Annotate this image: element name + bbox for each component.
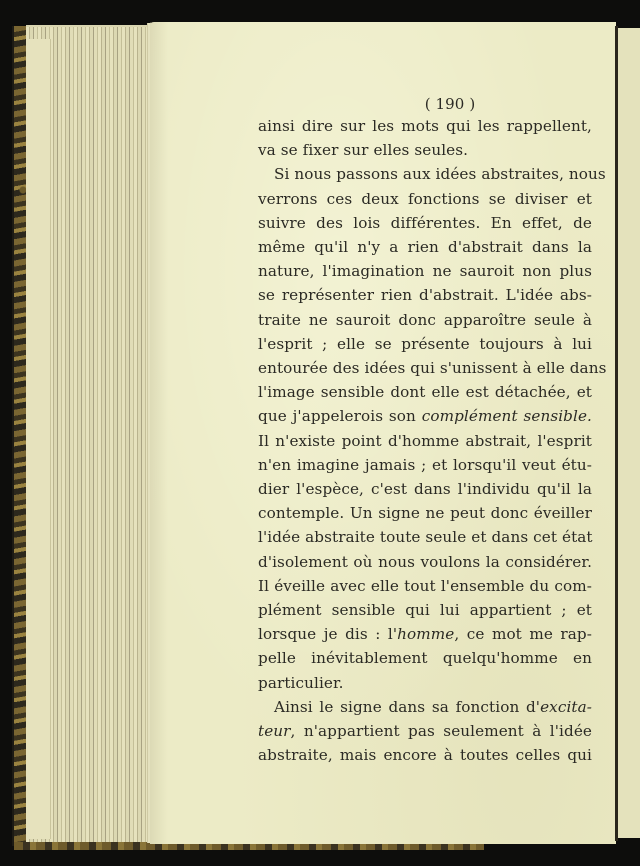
text-line: Si nous passons aux idées abstraites, no… [258, 162, 592, 186]
text-line: même qu'il n'y a rien d'abstrait dans la [258, 235, 592, 259]
text-line: traite ne sauroit donc apparoître seule … [258, 308, 592, 332]
text-line: contemple. Un signe ne peut donc éveille… [258, 501, 592, 525]
text-line: se représenter rien d'abstrait. L'idée a… [258, 283, 592, 307]
stacked-page-edges [26, 25, 150, 842]
text-line: particulier. [258, 671, 592, 695]
italic-word: teur [258, 722, 291, 740]
text-line: dier l'espèce, c'est dans l'individu qu'… [258, 477, 592, 501]
text-line-with-italic: lorsque je dis : l'homme, ce mot me rap- [258, 622, 592, 646]
text-line: l'image sensible dont elle est détachée,… [258, 380, 592, 404]
text-line: Il n'existe point d'homme abstrait, l'es… [258, 429, 592, 453]
text-line: l'idée abstraite toute seule et dans cet… [258, 525, 592, 549]
text-line: l'esprit ; elle se présente toujours à l… [258, 332, 592, 356]
text-line: plément sensible qui lui appartient ; et [258, 598, 592, 622]
text-line: verrons ces deux fonctions se diviser et [258, 187, 592, 211]
text-line: n'en imagine jamais ; et lorsqu'il veut … [258, 453, 592, 477]
italic-phrase: complément sensible. [422, 407, 592, 425]
text-line: entourée des idées qui s'unissent à elle… [258, 356, 592, 380]
facing-page-edge [618, 28, 640, 838]
text-line-with-italic: Ainsi le signe dans sa fonction d'excita… [258, 695, 592, 719]
text-line: ainsi dire sur les mots qui les rappelle… [258, 114, 592, 138]
text-line: abstraite, mais encore à toutes celles q… [258, 743, 592, 767]
text-run: Ainsi le signe dans sa fonction d' [274, 698, 540, 716]
page-fold-shadow [150, 22, 168, 844]
text-run: lorsque je dis : l' [258, 625, 397, 643]
italic-word: excita- [540, 698, 592, 716]
text-line: pelle inévitablement quelqu'homme en [258, 646, 592, 670]
text-line: va se fixer sur elles seules. [258, 138, 592, 162]
text-line: nature, l'imagination ne sauroit non plu… [258, 259, 592, 283]
page-number: ( 190 ) [308, 94, 592, 114]
text-line-with-italic: teur, n'appartient pas seulement à l'idé… [258, 719, 592, 743]
page-text: ( 190 ) ainsi dire sur les mots qui les … [258, 94, 592, 767]
text-run: , ce mot me rap- [454, 625, 592, 643]
text-line: d'isolement où nous voulons la considére… [258, 550, 592, 574]
text-line-with-italic: que j'appelerois son complément sensible… [258, 404, 592, 428]
text-run: que j'appelerois son [258, 407, 422, 425]
italic-word: homme [397, 625, 454, 643]
text-line: suivre des lois différentes. En effet, d… [258, 211, 592, 235]
text-line: Il éveille avec elle tout l'ensemble du … [258, 574, 592, 598]
text-run: , n'appartient pas seulement à l'idée [291, 722, 592, 740]
